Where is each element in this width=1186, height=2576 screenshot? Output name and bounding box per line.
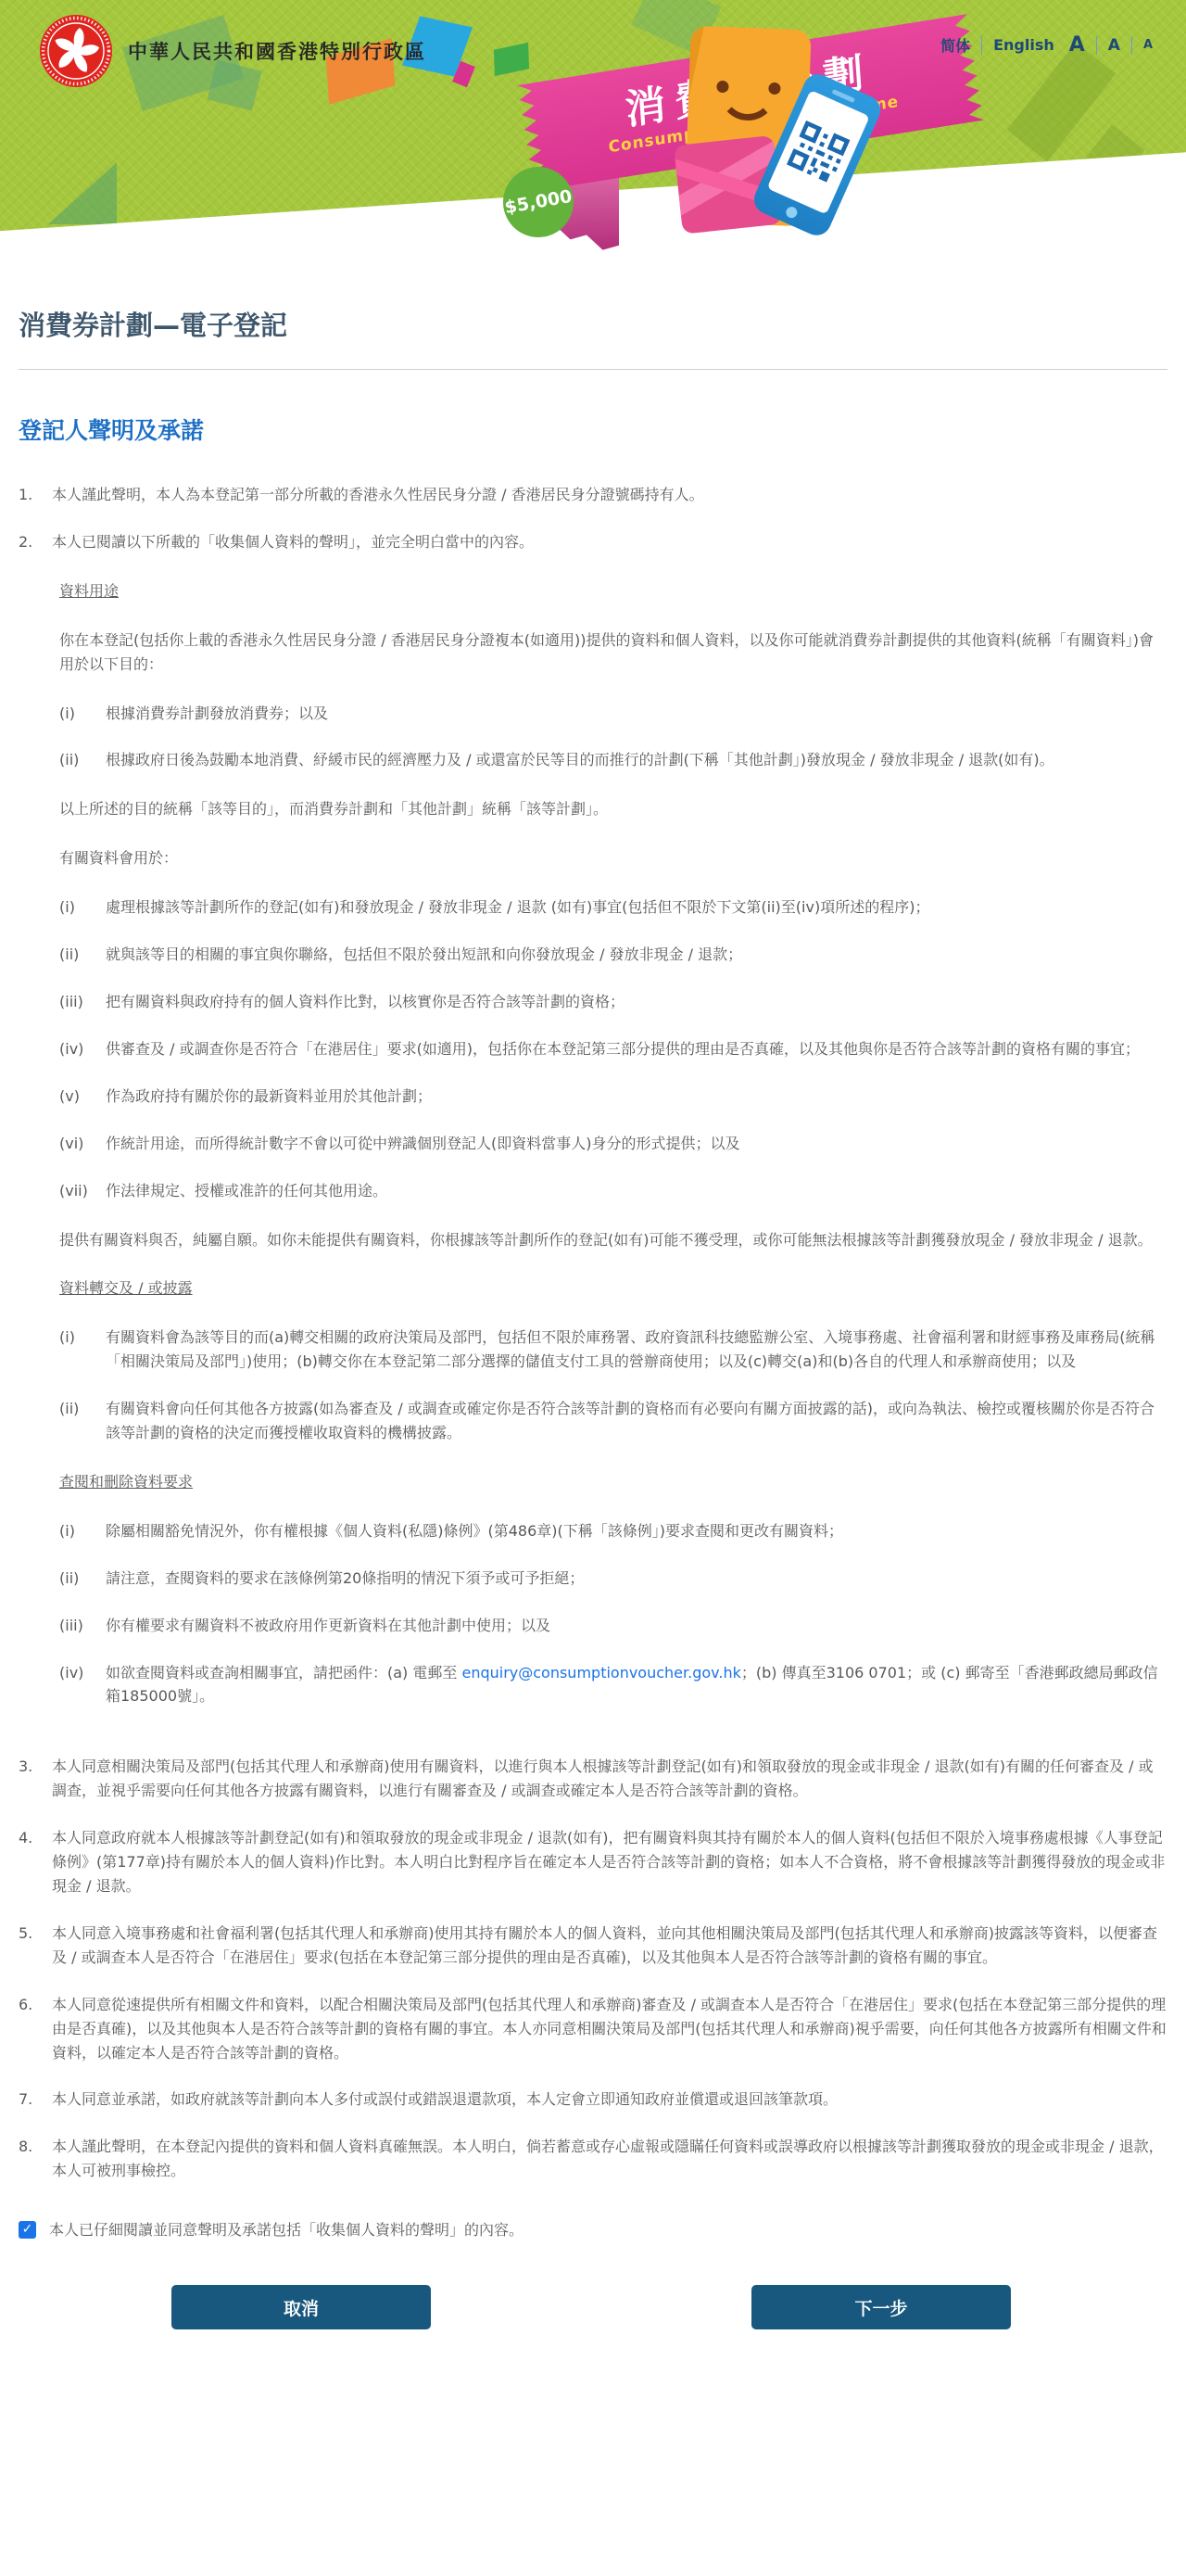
roman-item: (vi) 作統計用途，而所得統計數字不會以可從中辨識個別登記人(即資料當事人)身… [59, 1132, 1167, 1156]
list-item: 3. 本人同意相關決策局及部門(包括其代理人和承辦商)使用有關資料，以進行與本人… [19, 1755, 1167, 1803]
confetti-green-diamond [494, 43, 529, 76]
roman-marker: (ii) [59, 943, 106, 967]
roman-text: 作為政府持有關於你的最新資料並用於其他計劃； [106, 1085, 1167, 1109]
font-size-small-button[interactable]: A [1143, 38, 1153, 52]
item-text: 本人同意從速提供所有相關文件和資料，以配合相關決策局及部門(包括其代理人和承辦商… [52, 1993, 1167, 2065]
roman-text: 處理根據該等計劃所作的登記(如有)和發放現金 / 發放非現金 / 退款 (如有)… [106, 895, 1167, 920]
font-size-large-button[interactable]: A [1069, 33, 1085, 57]
roman-marker: (i) [59, 895, 106, 920]
email-link[interactable]: enquiry@consumptionvoucher.gov.hk [461, 1664, 740, 1681]
roman-item: (ii) 請注意，查閱資料的要求在該條例第20條指明的情況下須予或可予拒絕； [59, 1567, 1167, 1591]
roman-list: (i) 有關資料會為該等目的而(a)轉交相關的政府決策局及部門，包括但不限於庫務… [59, 1326, 1167, 1445]
roman-marker: (vii) [59, 1179, 106, 1203]
roman-item: (iii) 把有關資料與政府持有的個人資料作比對，以核實你是否符合該等計劃的資格… [59, 990, 1167, 1014]
item-text: 本人同意相關決策局及部門(包括其代理人和承辦商)使用有關資料，以進行與本人根據該… [52, 1755, 1167, 1803]
roman-text: 你有權要求有關資料不被政府用作更新資料在其他計劃中使用；以及 [106, 1614, 1167, 1638]
region-title: 中華人民共和國香港特別行政區 [128, 37, 426, 65]
roman-text: 有關資料會為該等目的而(a)轉交相關的政府決策局及部門，包括但不限於庫務署、政府… [106, 1326, 1167, 1374]
item-number: 8. [19, 2135, 52, 2183]
roman-marker: (i) [59, 1326, 106, 1374]
langbar-divider [1131, 36, 1132, 55]
item-text: 本人同意政府就本人根據該等計劃登記(如有)和領取發放的現金或非現金 / 退款(如… [52, 1826, 1167, 1898]
roman-item: (iii) 你有權要求有關資料不被政府用作更新資料在其他計劃中使用；以及 [59, 1614, 1167, 1638]
cancel-button[interactable]: 取消 [171, 2285, 431, 2329]
action-buttons: 取消 下一步 [19, 2285, 1167, 2387]
roman-list: (i) 除屬相關豁免情況外，你有權根據《個人資料(私隱)條例》(第486章)(下… [59, 1519, 1167, 1709]
roman-marker: (ii) [59, 748, 106, 772]
main-content: 消費券計劃—電子登記 登記人聲明及承諾 1. 本人謹此聲明，本人為本登記第一部分… [19, 305, 1167, 2387]
roman-marker: (iii) [59, 1614, 106, 1638]
roman-text: 除屬相關豁免情況外，你有權根據《個人資料(私隱)條例》(第486章)(下稱「該條… [106, 1519, 1167, 1543]
phone-home-button [784, 205, 799, 220]
list-item: 7. 本人同意並承諾，如政府就該等計劃向本人多付或誤付或錯誤退還款項，本人定會立… [19, 2087, 1167, 2112]
hksar-emblem-icon [39, 14, 113, 88]
roman-item: (i) 處理根據該等計劃所作的登記(如有)和發放現金 / 發放非現金 / 退款 … [59, 895, 1167, 920]
item-number: 5. [19, 1922, 52, 1970]
roman-item: (ii) 根據政府日後為鼓勵本地消費、紓緩市民的經濟壓力及 / 或還富於民等目的… [59, 748, 1167, 772]
item-number: 2. [19, 530, 52, 1732]
roman-text: 作法律規定、授權或准許的任何其他用途。 [106, 1179, 1167, 1203]
roman-item: (ii) 就與該等目的相關的事宜與你聯絡，包括但不限於發出短訊和向你發放現金 /… [59, 943, 1167, 967]
langbar-divider [1096, 36, 1097, 55]
roman-marker: (i) [59, 1519, 106, 1543]
lang-english-link[interactable]: English [993, 36, 1054, 54]
roman-text-pre: 如欲查閱資料或查詢相關事宜，請把函件：(a) 電郵至 [106, 1664, 461, 1681]
list-item: 1. 本人謹此聲明，本人為本登記第一部分所載的香港永久性居民身分證 / 香港居民… [19, 483, 1167, 507]
paragraph: 以上所述的目的統稱「該等目的」，而消費券計劃和「其他計劃」統稱「該等計劃」。 [59, 797, 1167, 821]
roman-marker: (v) [59, 1085, 106, 1109]
paragraph: 有關資料會用於： [59, 846, 1167, 870]
item-body: 本人已閱讀以下所載的「收集個人資料的聲明」，並完全明白當中的內容。 資料用途 你… [52, 530, 1167, 1732]
roman-text: 就與該等目的相關的事宜與你聯絡，包括但不限於發出短訊和向你發放現金 / 發放非現… [106, 943, 1167, 967]
page-header: 中華人民共和國香港特別行政區 简体 English A A A 消費券計劃 Co… [0, 0, 1186, 246]
confetti-green-stripe-2 [1058, 124, 1145, 220]
roman-item: (v) 作為政府持有關於你的最新資料並用於其他計劃； [59, 1085, 1167, 1109]
list-item: 2. 本人已閱讀以下所載的「收集個人資料的聲明」，並完全明白當中的內容。 資料用… [19, 530, 1167, 1732]
qr-code-icon [787, 121, 851, 184]
roman-marker: (i) [59, 702, 106, 726]
paragraph: 你在本登記(包括你上載的香港永久性居民身分證 / 香港居民身分證複本(如適用))… [59, 628, 1167, 677]
roman-item: (i) 根據消費券計劃發放消費券；以及 [59, 702, 1167, 726]
page-title: 消費券計劃—電子登記 [19, 305, 1167, 343]
item-number: 4. [19, 1826, 52, 1898]
paragraph: 提供有關資料與否，純屬自願。如你未能提供有關資料，你根據該等計劃所作的登記(如有… [59, 1228, 1167, 1252]
lang-simplified-link[interactable]: 简体 [940, 34, 970, 56]
roman-list: (i) 處理根據該等計劃所作的登記(如有)和發放現金 / 發放非現金 / 退款 … [59, 895, 1167, 1202]
item-text: 本人謹此聲明，本人為本登記第一部分所載的香港永久性居民身分證 / 香港居民身分證… [52, 483, 1167, 507]
roman-text: 如欲查閱資料或查詢相關事宜，請把函件：(a) 電郵至 enquiry@consu… [106, 1661, 1167, 1709]
roman-item: (iv) 如欲查閱資料或查詢相關事宜，請把函件：(a) 電郵至 enquiry@… [59, 1661, 1167, 1709]
language-bar: 简体 English A A A [940, 33, 1153, 57]
roman-item: (iv) 供審查及 / 或調查你是否符合「在港居住」要求(如適用)，包括你在本登… [59, 1037, 1167, 1061]
list-item: 5. 本人同意入境事務處和社會福利署(包括其代理人和承辦商)使用其持有關於本人的… [19, 1922, 1167, 1970]
item-number: 3. [19, 1755, 52, 1803]
item-text: 本人已閱讀以下所載的「收集個人資料的聲明」，並完全明白當中的內容。 [52, 530, 1167, 554]
roman-marker: (iii) [59, 990, 106, 1014]
font-size-medium-button[interactable]: A [1108, 36, 1120, 55]
item-text: 本人謹此聲明，在本登記內提供的資料和個人資料真確無誤。本人明白，倘若蓄意或存心虛… [52, 2135, 1167, 2183]
subsection-heading: 資料用途 [59, 579, 1167, 603]
confetti-teal-diamond-small [207, 60, 261, 111]
roman-marker: (vi) [59, 1132, 106, 1156]
roman-text: 把有關資料與政府持有的個人資料作比對，以核實你是否符合該等計劃的資格； [106, 990, 1167, 1014]
agree-checkbox[interactable]: ✓ [19, 2221, 36, 2239]
confetti-teal-triangle [48, 154, 117, 224]
section-heading: 登記人聲明及承諾 [19, 412, 1167, 446]
roman-marker: (ii) [59, 1567, 106, 1591]
roman-item: (vii) 作法律規定、授權或准許的任何其他用途。 [59, 1179, 1167, 1203]
item-number: 1. [19, 483, 52, 507]
roman-marker: (iv) [59, 1037, 106, 1061]
roman-marker: (ii) [59, 1397, 106, 1445]
next-button[interactable]: 下一步 [751, 2285, 1011, 2329]
roman-text: 根據消費券計劃發放消費券；以及 [106, 702, 1167, 726]
roman-text: 供審查及 / 或調查你是否符合「在港居住」要求(如適用)，包括你在本登記第三部分… [106, 1037, 1167, 1061]
item-number: 7. [19, 2087, 52, 2112]
list-item: 4. 本人同意政府就本人根據該等計劃登記(如有)和領取發放的現金或非現金 / 退… [19, 1826, 1167, 1898]
langbar-divider [981, 36, 982, 55]
agreement-row: ✓ 本人已仔細閱讀並同意聲明及承諾包括「收集個人資料的聲明」的內容。 [19, 2218, 1167, 2242]
item-number: 6. [19, 1993, 52, 2065]
roman-text: 作統計用途，而所得統計數字不會以可從中辨識個別登記人(即資料當事人)身分的形式提… [106, 1132, 1167, 1156]
roman-item: (i) 除屬相關豁免情況外，你有權根據《個人資料(私隱)條例》(第486章)(下… [59, 1519, 1167, 1543]
list-item: 6. 本人同意從速提供所有相關文件和資料，以配合相關決策局及部門(包括其代理人和… [19, 1993, 1167, 2065]
list-item: 8. 本人謹此聲明，在本登記內提供的資料和個人資料真確無誤。本人明白，倘若蓄意或… [19, 2135, 1167, 2183]
item-text: 本人同意入境事務處和社會福利署(包括其代理人和承辦商)使用其持有關於本人的個人資… [52, 1922, 1167, 1970]
roman-list: (i) 根據消費券計劃發放消費券；以及 (ii) 根據政府日後為鼓勵本地消費、紓… [59, 702, 1167, 773]
roman-text: 有關資料會向任何其他各方披露(如為審查及 / 或調查或確定你是否符合該等計劃的資… [106, 1397, 1167, 1445]
roman-item: (i) 有關資料會為該等目的而(a)轉交相關的政府決策局及部門，包括但不限於庫務… [59, 1326, 1167, 1374]
roman-text: 根據政府日後為鼓勵本地消費、紓緩市民的經濟壓力及 / 或還富於民等目的而推行的計… [106, 748, 1167, 772]
declaration-list: 1. 本人謹此聲明，本人為本登記第一部分所載的香港永久性居民身分證 / 香港居民… [19, 483, 1167, 2183]
subsection-heading: 查閱和刪除資料要求 [59, 1470, 1167, 1494]
roman-item: (ii) 有關資料會向任何其他各方披露(如為審查及 / 或調查或確定你是否符合該… [59, 1397, 1167, 1445]
title-divider [19, 369, 1167, 370]
roman-text: 請注意，查閱資料的要求在該條例第20條指明的情況下須予或可予拒絕； [106, 1567, 1167, 1591]
item-text: 本人同意並承諾，如政府就該等計劃向本人多付或誤付或錯誤退還款項，本人定會立即通知… [52, 2087, 1167, 2112]
roman-marker: (iv) [59, 1661, 106, 1709]
subsection-data-purpose: 資料用途 你在本登記(包括你上載的香港永久性居民身分證 / 香港居民身分證複本(… [59, 579, 1167, 1709]
subsection-heading: 資料轉交及 / 或披露 [59, 1276, 1167, 1301]
agree-label: 本人已仔細閱讀並同意聲明及承諾包括「收集個人資料的聲明」的內容。 [49, 2218, 524, 2242]
